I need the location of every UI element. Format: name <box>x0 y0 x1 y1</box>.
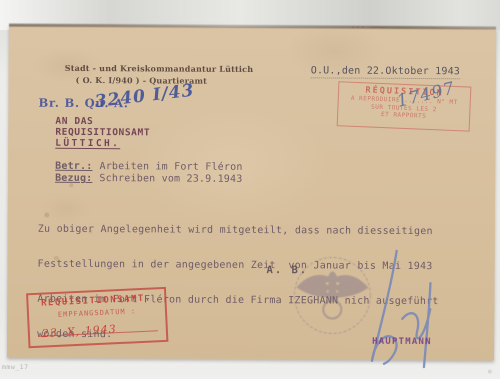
corner-mark: ® <box>488 369 492 376</box>
recipient-line1: AN DAS <box>55 116 150 128</box>
file-reference-handwritten: 3240 I/43 <box>94 81 196 112</box>
receipt-stamp: RÉQUISITIONSAMT. EMPFANGSDATUM : 23, X, … <box>26 287 168 348</box>
document-paper: Stadt - und Kreiskommandantur Lüttich ( … <box>7 26 496 361</box>
reference-text: Schreiben vom 23.9.1943 <box>99 173 242 185</box>
subject-line: Betr.:Arbeiten im Fort Fléron <box>55 161 242 173</box>
reference-line: Bezug:Schreiben vom 23.9.1943 <box>55 173 242 185</box>
photo-watermark: mmw_17 <box>2 363 28 371</box>
rank-stamp: HAUPTMANN <box>372 337 432 347</box>
recipient-line3: LÜTTICH. <box>55 138 150 150</box>
document-photo: Stadt - und Kreiskommandantur Lüttich ( … <box>0 0 500 379</box>
reference-label: Bezug: <box>55 173 92 184</box>
recipient-line2: REQUISITIONSAMT <box>55 127 150 139</box>
date-line: O.U.,den 22.Oktober 1943 <box>311 65 460 79</box>
receipt-date-handwritten: 23, X, 1943 <box>42 323 117 341</box>
recipient-address: AN DAS REQUISITIONSAMT LÜTTICH. <box>55 116 150 150</box>
subject-label: Betr.: <box>55 161 92 172</box>
body-line-1: Zu obiger Angelegenheit wird mitgeteilt,… <box>38 224 439 238</box>
letterhead-line1: Stadt - und Kreiskommandantur Lüttich <box>65 63 254 74</box>
signature <box>344 247 445 376</box>
subject-text: Arbeiten im Fort Fléron <box>99 161 242 173</box>
